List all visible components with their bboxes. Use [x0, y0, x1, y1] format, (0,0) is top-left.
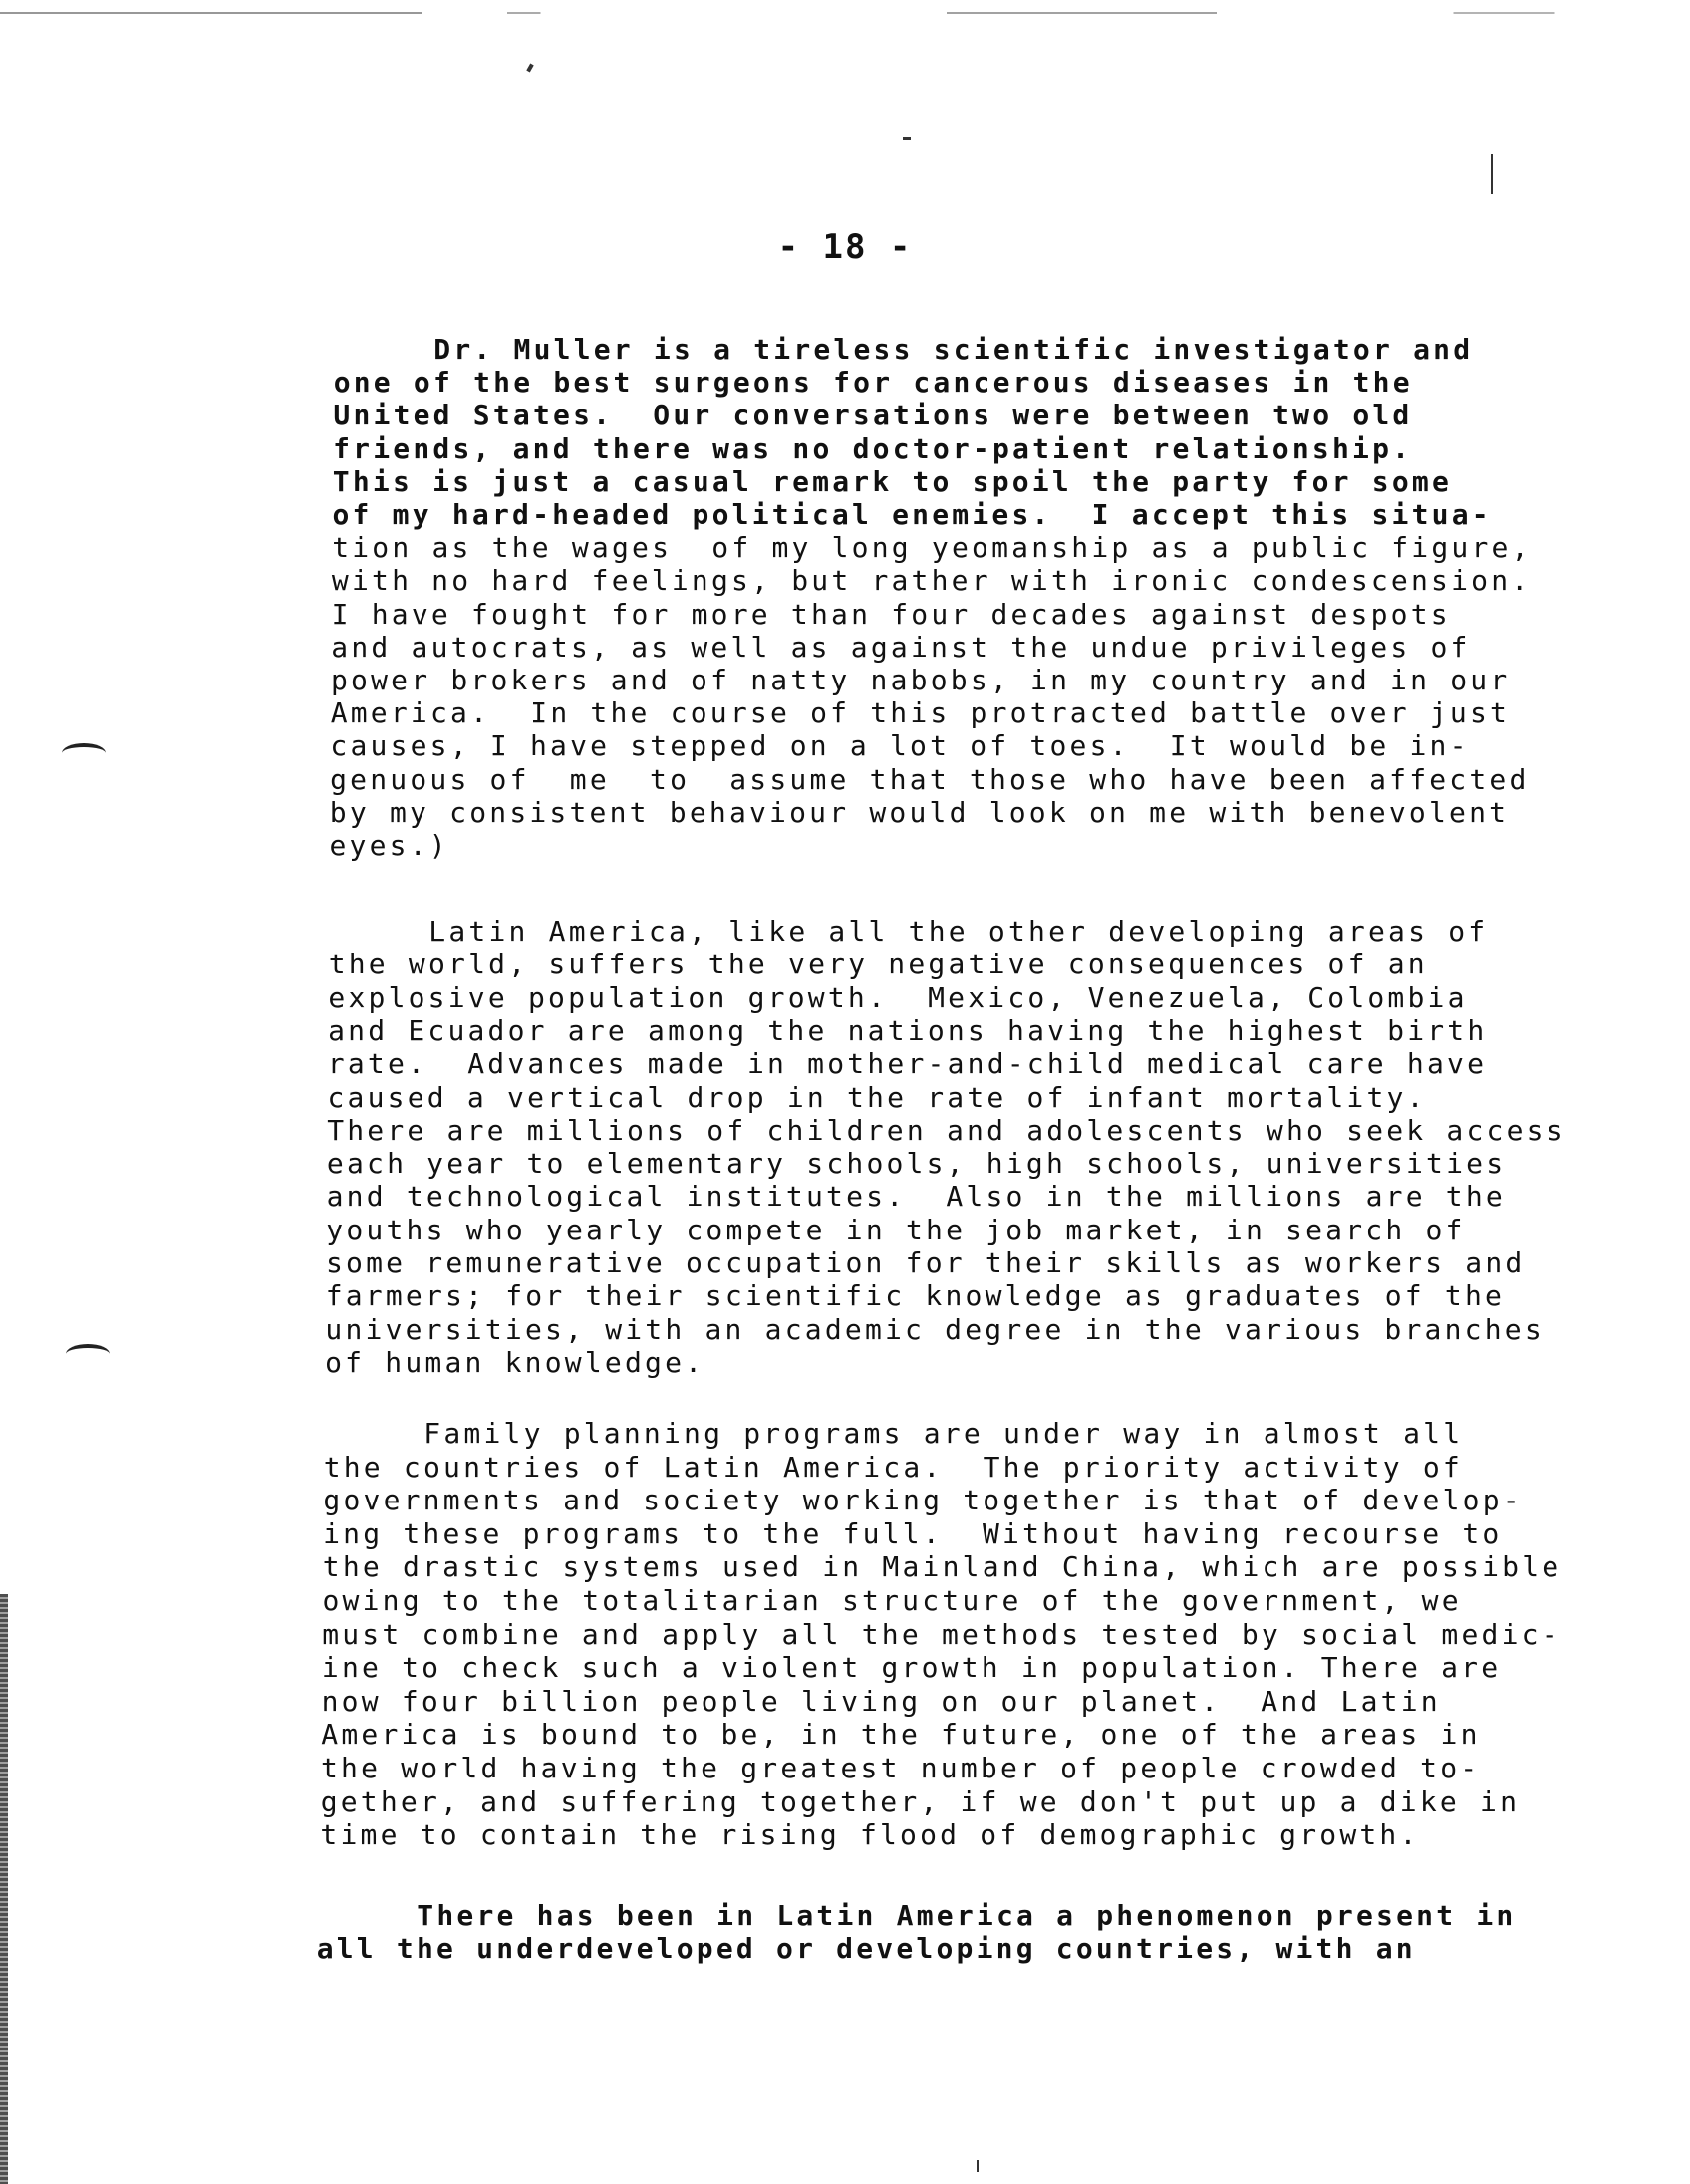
text-line: the world having the greatest number of …: [321, 1752, 1480, 1785]
text-line: some remunerative occupation for their s…: [326, 1246, 1525, 1280]
text-line: America. In the course of this protracte…: [331, 696, 1510, 730]
punch-hole-mark: [66, 1344, 110, 1364]
page-number: - 18 -: [0, 227, 1690, 267]
text-line: ing these programs to the full. Without …: [323, 1517, 1502, 1551]
text-line: caused a vertical drop in the rate of in…: [328, 1081, 1427, 1115]
text-line: the countries of Latin America. The prio…: [324, 1451, 1463, 1485]
text-line: now four billion people living on our pl…: [322, 1685, 1441, 1719]
text-line: eyes.): [330, 829, 449, 863]
text-line: must combine and apply all the methods t…: [322, 1618, 1561, 1652]
text-line: and technological institutes. Also in th…: [327, 1180, 1506, 1214]
text-line: the drastic systems used in Mainland Chi…: [323, 1550, 1562, 1584]
punch-hole-mark: [62, 743, 106, 763]
text-line: rate. Advances made in mother-and-child …: [328, 1047, 1487, 1081]
text-line: friends, and there was no doctor-patient…: [333, 432, 1412, 466]
text-line: Latin America, like all the other develo…: [329, 915, 1488, 949]
margin-mark: [1491, 154, 1493, 194]
text-line: and Ecuador are among the nations having…: [328, 1014, 1487, 1048]
text-line: causes, I have stepped on a lot of toes.…: [330, 729, 1469, 763]
stray-mark: [903, 137, 911, 140]
text-line: with no hard feelings, but rather with i…: [332, 564, 1531, 598]
stray-mark: [526, 64, 533, 73]
text-line: tion as the wages of my long yeomanship …: [332, 531, 1531, 565]
text-line: I have fought for more than four decades…: [332, 598, 1451, 632]
text-line: and autocrats, as well as against the un…: [331, 631, 1470, 665]
stray-mark: [977, 2160, 979, 2172]
text-line: genuous of me to assume that those who h…: [330, 763, 1529, 797]
text-line: ine to check such a violent growth in po…: [322, 1651, 1501, 1685]
text-line: the world, suffers the very negative con…: [329, 948, 1428, 981]
text-line: each year to elementary schools, high sc…: [327, 1147, 1506, 1181]
text-line: America is bound to be, in the future, o…: [321, 1718, 1480, 1752]
text-line: farmers; for their scientific knowledge …: [326, 1279, 1505, 1313]
text-line: governments and society working together…: [323, 1484, 1522, 1517]
text-line: all the underdeveloped or developing cou…: [317, 1932, 1416, 1966]
text-line: youths who yearly compete in the job mar…: [326, 1214, 1465, 1247]
text-line: There are millions of children and adole…: [327, 1114, 1566, 1148]
text-line: This is just a casual remark to spoil th…: [333, 465, 1452, 499]
text-line: Family planning programs are under way i…: [324, 1417, 1463, 1451]
text-line: United States. Our conversations were be…: [333, 399, 1412, 432]
text-line: by my consistent behaviour would look on…: [330, 796, 1509, 830]
text-line: Dr. Muller is a tireless scientific inve…: [334, 333, 1473, 367]
scan-artifact-top: [0, 12, 1690, 14]
text-line: time to contain the rising flood of demo…: [320, 1818, 1419, 1852]
scan-artifact-left-edge: [0, 1594, 8, 2184]
text-line: gether, and suffering together, if we do…: [321, 1785, 1520, 1819]
text-line: of my hard-headed political enemies. I a…: [333, 498, 1492, 532]
text-line: There has been in Latin America a phenom…: [317, 1899, 1516, 1933]
text-line: owing to the totalitarian structure of t…: [323, 1584, 1462, 1618]
text-line: universities, with an academic degree in…: [325, 1313, 1545, 1347]
text-line: explosive population growth. Mexico, Ven…: [328, 981, 1467, 1015]
text-line: power brokers and of natty nabobs, in my…: [331, 664, 1510, 697]
text-line: one of the best surgeons for cancerous d…: [334, 366, 1413, 400]
text-line: of human knowledge.: [325, 1346, 704, 1380]
